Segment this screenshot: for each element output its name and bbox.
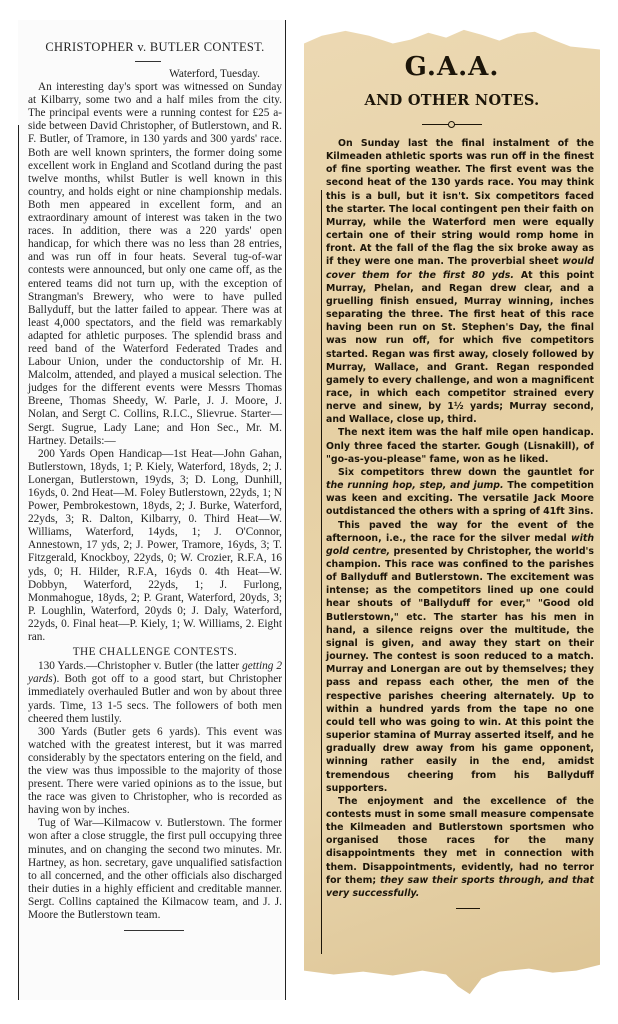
paragraph-text: At this point Murray, Phelan, and Regan … bbox=[326, 270, 594, 426]
right-newspaper-clipping: G.A.A. AND OTHER NOTES. On Sunday last t… bbox=[304, 22, 600, 1002]
right-paragraph: Six competitors threw down the gauntlet … bbox=[326, 466, 594, 519]
right-paragraph: On Sunday last the final instalment of t… bbox=[326, 137, 594, 426]
column-rule-right bbox=[285, 20, 286, 1000]
paragraph-text: On Sunday last the final instalment of t… bbox=[326, 138, 594, 267]
paragraph-italic: the running hop, step, and jump. bbox=[326, 480, 504, 491]
gaa-subtitle: AND OTHER NOTES. bbox=[304, 92, 600, 109]
right-paragraph: This paved the way for the event of the … bbox=[326, 519, 594, 795]
ornament-separator bbox=[422, 124, 482, 125]
left-headline: CHRISTOPHER v. BUTLER CONTEST. bbox=[18, 40, 286, 55]
paragraph-text: ). Both got off to a good start, but Chr… bbox=[28, 673, 282, 724]
left-article-body: Waterford, Tuesday. An interesting day's… bbox=[18, 68, 286, 931]
right-paragraph: The enjoyment and the excellence of the … bbox=[326, 795, 594, 900]
paragraph-text: Six competitors threw down the gauntlet … bbox=[338, 467, 594, 478]
right-paragraph: The next item was the half mile open han… bbox=[326, 426, 594, 465]
paragraph-text: presented by Christopher, the world's ch… bbox=[326, 546, 594, 794]
paragraph-text: 130 Yards.—Christopher v. Butler (the la… bbox=[38, 660, 242, 672]
paragraph-text: This paved the way for the event of the … bbox=[326, 520, 594, 544]
right-article-body: On Sunday last the final instalment of t… bbox=[304, 137, 600, 909]
dateline: Waterford, Tuesday. bbox=[28, 68, 260, 81]
left-newspaper-clipping: CHRISTOPHER v. BUTLER CONTEST. Waterford… bbox=[18, 20, 286, 1000]
challenge-paragraph: Tug of War—Kilmacow v. Butlerstown. The … bbox=[28, 817, 282, 922]
challenge-paragraph: 300 Yards (Butler gets 6 yards). This ev… bbox=[28, 726, 282, 818]
end-rule bbox=[124, 930, 184, 931]
ornament-circle-icon bbox=[448, 121, 455, 128]
column-rule-left bbox=[18, 125, 19, 1000]
paragraph-text: The enjoyment and the excellence of the … bbox=[326, 796, 594, 886]
challenge-subheading: THE CHALLENGE CONTESTS. bbox=[28, 646, 282, 659]
gaa-title: G.A.A. bbox=[304, 52, 600, 82]
left-paragraph: An interesting day's sport was witnessed… bbox=[28, 81, 282, 448]
left-paragraph: 200 Yards Open Handicap—1st Heat—John Ga… bbox=[28, 448, 282, 644]
challenge-paragraph: 130 Yards.—Christopher v. Butler (the la… bbox=[28, 660, 282, 725]
end-rule bbox=[456, 908, 480, 909]
column-rule-left bbox=[321, 190, 322, 954]
headline-separator bbox=[135, 61, 161, 62]
